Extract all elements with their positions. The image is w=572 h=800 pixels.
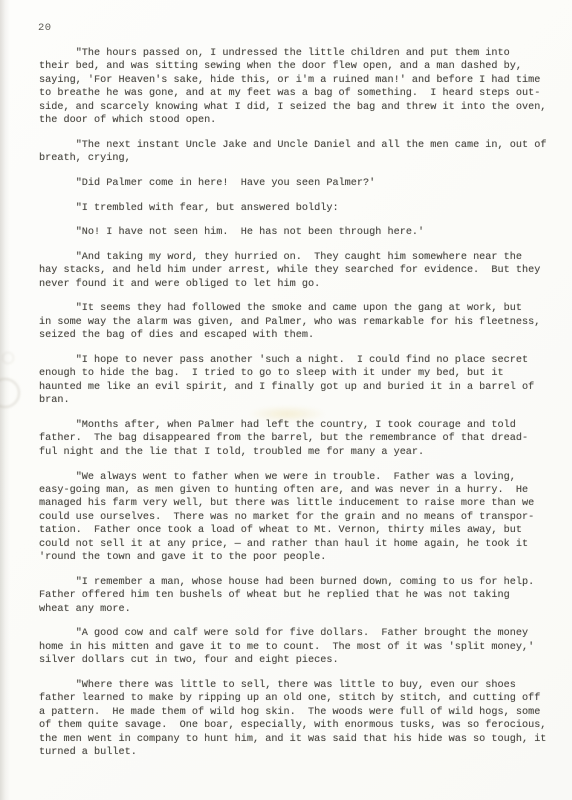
document-body: "The hours passed on, I undressed the li… [39,47,551,760]
paragraph: "It seems they had followed the smoke an… [39,302,551,342]
paper-ring-stain-small [2,352,14,364]
paragraph: "Where there was little to sell, there w… [39,679,551,760]
paragraph: "The hours passed on, I undressed the li… [39,47,551,128]
paragraph: "I remember a man, whose house had been … [39,576,551,616]
page-number: 20 [38,22,52,34]
paragraph: "The next instant Uncle Jake and Uncle D… [39,139,551,166]
paragraph: "And taking my word, they hurried on. Th… [39,251,551,291]
paragraph: "No! I have not seen him. He has not bee… [39,226,551,239]
paragraph: "Months after, when Palmer had left the … [39,419,551,459]
paper-ring-stain [0,378,20,408]
paragraph: "I trembled with fear, but answered bold… [39,202,551,215]
paragraph: "Did Palmer come in here! Have you seen … [39,177,551,190]
paragraph: "I hope to never pass another 'such a ni… [39,354,551,408]
paragraph: "A good cow and calf were sold for five … [39,627,551,667]
scanned-document-page: 20 "The hours passed on, I undressed the… [0,0,572,800]
paragraph: "We always went to father when we were i… [39,471,551,565]
page-edge-shadow [0,0,10,800]
